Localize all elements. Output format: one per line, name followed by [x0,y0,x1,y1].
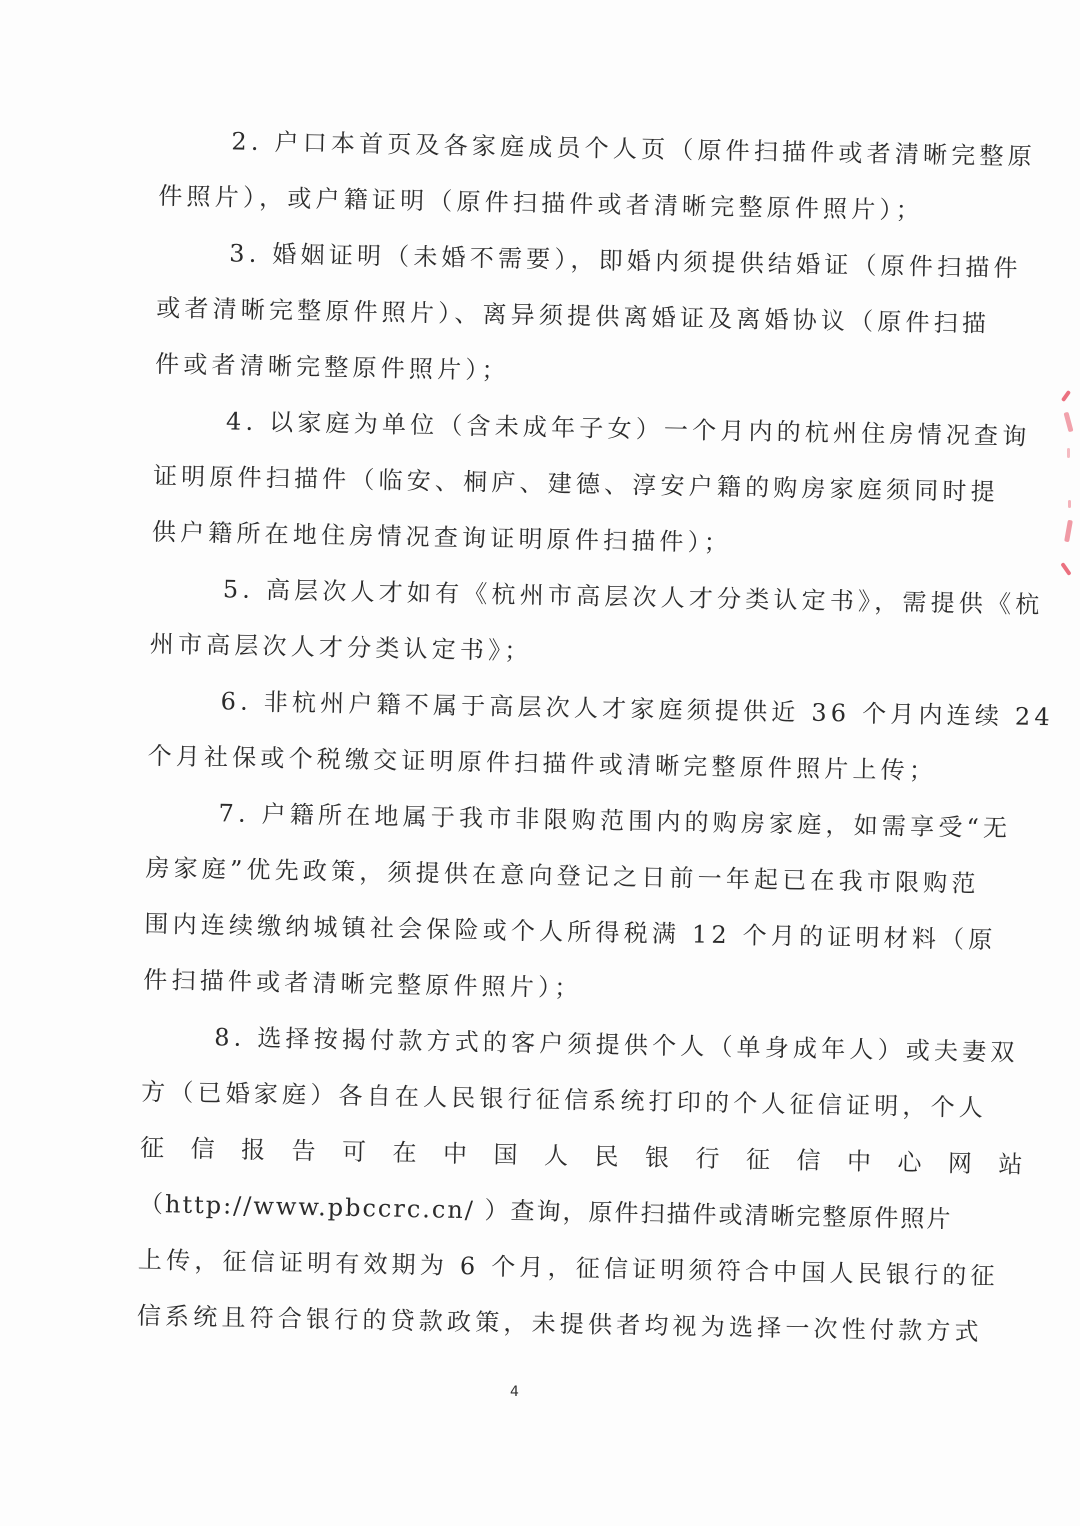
scanned-document-page: 2. 户口本首页及各家庭成员个人页（原件扫描件或者清晰完整原 件照片），或户籍证… [0,0,1080,1526]
red-seal-edge-icon [1058,390,1080,580]
page-number: 4 [510,1384,519,1400]
document-body: 2. 户口本首页及各家庭成员个人页（原件扫描件或者清晰完整原 件照片），或户籍证… [136,112,930,1359]
